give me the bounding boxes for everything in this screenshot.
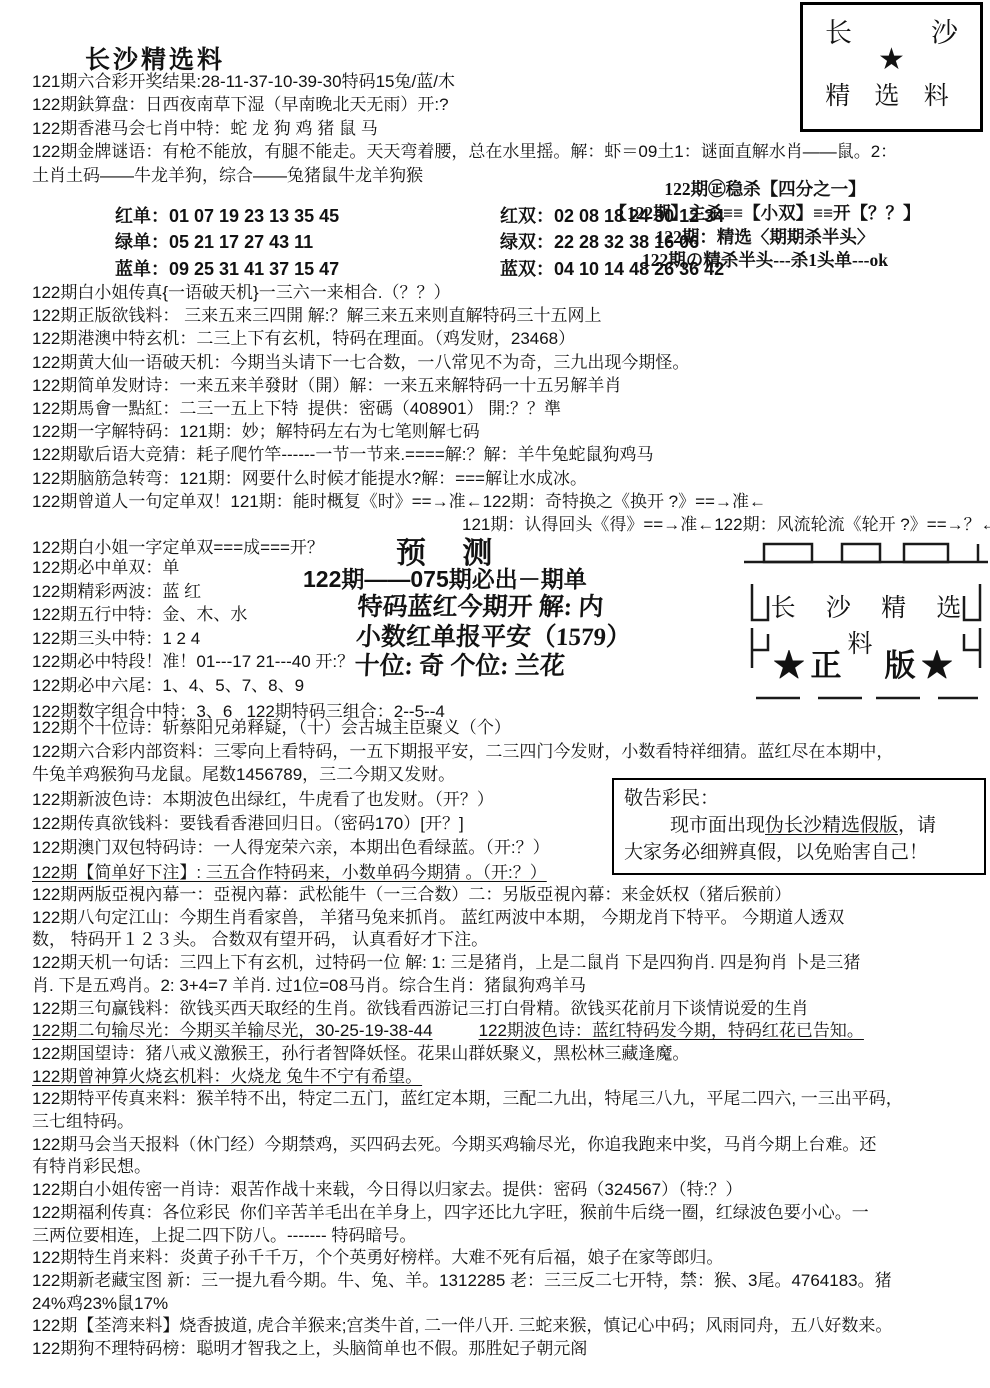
text-line: 24%鸡23%鼠17% [32, 1293, 984, 1316]
intro-lines: 121期六合彩开奖结果:28-11-37-10-39-30特码15兔/蓝/木12… [32, 70, 982, 187]
stamp-version: ★正 版★ [742, 640, 990, 685]
notice-box: 敬告彩民： 现市面出现伪长沙精选假版，请 大家务必细辨真假，以免贻害自己！ [612, 778, 986, 875]
text-segment: 绿双：22 28 32 38 16 06 [500, 229, 699, 255]
text-line: 121期六合彩开奖结果:28-11-37-10-39-30特码15兔/蓝/木 [32, 70, 982, 93]
text-line: 122期八句定江山：今期生肖看家兽， 羊猪马兔来抓肖。 蓝红两波中本期， 今期龙… [32, 907, 984, 930]
text-line: 122期脑筋急转弯：121期：网要什么时候才能提水?解：===解让水成冰。 [32, 467, 982, 490]
text-line: 122期歇后语大竞猜：耗子爬竹竿------一节一节来.====解:？解：羊牛兔… [32, 443, 982, 466]
text-line: 122期港澳中特玄机：二三上下有玄机，特码在理面。（鸡发财，23468） [32, 327, 982, 350]
text-segment: 122期二句输尽光：今期买羊输尽光，30-25-19-38-44 [32, 1021, 433, 1040]
notice-title: 敬告彩民： [624, 785, 974, 812]
text-line: 122期六合彩内部资料：三零向上看特码，一五下期报平安，二三四门今发财，小数看特… [32, 740, 982, 764]
stamp-box: 长 沙 精 选 料 ★正 版★ [742, 532, 990, 704]
color-table: 红单：01 07 19 23 13 35 45红双：02 08 18 24 30… [115, 203, 795, 282]
text-line: 122期必中六尾：1、4、5、7、8、9 [32, 674, 354, 698]
text-line: 122期鈇算盘：日西夜南草下湿（早南晚北天无雨）开:? [32, 93, 982, 116]
text-line: 122期马会当天报料（休门经）今期禁鸡，买四码去死。今期买鸡输尽光，你追我跑来中… [32, 1134, 984, 1157]
text-line: 122期天机一句话：三四上下有玄机，过特码一位 解: 1: 三是猪肖，上是二鼠肖… [32, 952, 984, 975]
text-line: 三两位要相连，上捉二四下防八。------- 特码暗号。 [32, 1225, 984, 1248]
text-line: 三七组特码。 [32, 1111, 984, 1134]
text-line: 122期精彩两波：蓝 红 [32, 580, 354, 604]
body-lines: 122期白小姐传真{一语破天机}一三六一来相合.（？？）122期正版欲钱料： 三… [32, 281, 982, 559]
notice-line-2: 大家务必细辨真假，以免贻害自己！ [624, 839, 974, 866]
text-line: 122期五行中特：金、木、水 [32, 603, 354, 627]
text-line: 122期㊣稳杀【四分之一】 [540, 178, 990, 202]
post-lines: 122期个十位诗：斩蔡阳兄弟释疑，（十）会古城主臣聚义（个）122期六合彩内部资… [32, 716, 982, 787]
text-line: 122期白小姐传真{一语破天机}一三六一来相合.（？？） [32, 281, 982, 304]
notice-line-1-underlined: 伪长沙精选假版 [765, 815, 898, 836]
text-line: 绿单：05 21 17 27 43 11绿双：22 28 32 38 16 06 [115, 229, 795, 255]
text-segment: 蓝单：09 25 31 41 37 15 47 [115, 259, 339, 279]
text-line: 122期新波色诗：本期波色出绿红，牛虎看了也发财。（开？） [32, 788, 612, 812]
text-line: 122期【简单好下注】: 三五合作特码来，小数单码今期猜 。（开:？） [32, 861, 612, 885]
text-line: 122期金牌谜语：有枪不能放，有腿不能走。天天弯着腰，总在水里摇。解：虾＝09土… [32, 140, 982, 163]
text-line: 122期传真欲钱料：要钱看香港回归日。（密码170）[开？] [32, 812, 612, 836]
text-line: 有特肖彩民想。 [32, 1156, 984, 1179]
text-line: 122期白小姐传密一肖诗：艰苦作战十来载，今日得以归家去。提供：密码（32456… [32, 1179, 984, 1202]
text-line: 122期特生肖来料：炎黄子孙千千万，个个英勇好榜样。大难不死有后福，娘子在家等郎… [32, 1247, 984, 1270]
text-segment: 蓝双：04 10 14 48 26 36 42 [500, 256, 724, 282]
text-line: 122期【荃湾来料】烧香披道, 虎合羊猴来;宫类牛首, 二一伴八开. 三蛇来猴，… [32, 1315, 984, 1338]
text-line: 122期三头中特：1 2 4 [32, 627, 354, 651]
left-lines: 122期新波色诗：本期波色出绿红，牛虎看了也发财。（开？）122期传真欲钱料：要… [32, 788, 612, 885]
text-line: 122期三句赢钱料：欲钱买西天取经的生肖。欲钱看西游记三打白骨精。欲钱买花前月下… [32, 998, 984, 1021]
text-line: 122期曾神算火烧玄机料：火烧龙 兔牛不宁有希望。 [32, 1066, 984, 1089]
text-line: 122期黄大仙一语破天机：今期当头请下一七合数，一八常见不为奇，三九出现今期怪。 [32, 351, 982, 374]
text-line: 122期香港马会七肖中特：蛇 龙 狗 鸡 猪 鼠 马 [32, 117, 982, 140]
text-line: 十位: 奇 个位: 兰花 [354, 652, 631, 682]
text-line: 122期澳门双包特码诗：一人得宠荣六亲，本期出色看绿蓝。（开:？） [32, 836, 612, 860]
page: 长沙精选料 长 沙 ★ 精 选 料 121期六合彩开奖结果:28-11-37-1… [0, 0, 990, 1388]
text-segment: 绿单：05 21 17 27 43 11 [115, 232, 313, 252]
handwritten-notes: 特码蓝红今期开 解: 内小数红单报平安（1579）十位: 奇 个位: 兰花 [354, 593, 634, 682]
mid-left-lines: 122期必中单双：单122期精彩两波：蓝 红122期五行中特：金、木、水122期… [32, 556, 354, 698]
text-line: 122期两版亞視內幕一：亞視內幕：武松能牛（一三合数）二：另版亞視內幕：来金妖权… [32, 884, 984, 907]
text-line: 122期馬會一點紅：二三一五上下特 提供：密碼（408901） 開:？？準 [32, 397, 982, 420]
text-line: 122期国望诗：猪八戒义激猴王，孙行者智降妖怪。花果山群妖聚义，黑松林三藏逢魔。 [32, 1043, 984, 1066]
text-line: 红单：01 07 19 23 13 35 45红双：02 08 18 24 30… [115, 203, 795, 229]
corner-brand-char-left: 长 [825, 11, 852, 50]
notice-line-1-post: ，请 [898, 815, 936, 836]
text-line: 122期必中单双：单 [32, 556, 354, 580]
text-line: 122期二句输尽光：今期买羊输尽光，30-25-19-38-44122期波色诗：… [32, 1020, 984, 1043]
text-line: 122期简单发财诗：一来五来羊發財（開）解：一来五来解特码一十五另解羊肖 [32, 374, 982, 397]
notice-line-1: 现市面出现伪长沙精选假版，请 [624, 812, 974, 839]
text-line: 数， 特码开１２３头。 合数双有望开码， 认真看好才下注。 [32, 929, 984, 952]
text-line: 蓝单：09 25 31 41 37 15 47蓝双：04 10 14 48 26… [115, 256, 795, 282]
notice-line-1-pre: 现市面出现 [670, 815, 765, 836]
text-segment: 122期波色诗：蓝红特码发今期，特码红花已告知。 [479, 1021, 864, 1040]
text-line: 肖. 下是五鸡肖。2: 3+4=7 羊肖. 过1位=08马肖。综合生肖：猪鼠狗鸡… [32, 975, 984, 998]
text-line: 122期新老藏宝图 新：三一提九看今期。牛、兔、羊。1312285 老：三三反二… [32, 1270, 984, 1293]
text-line: 小数红单报平安（1579） [355, 623, 632, 653]
text-line: 122期必中特段！准！01---17 21---40 开:？ [32, 650, 354, 674]
text-segment: 红双：02 08 18 24 30 12 34 [500, 203, 724, 229]
text-line: 122期曾道人一句定单双！121期：能时概复《时》==→准←122期：奇特换之《… [32, 490, 982, 513]
text-line: 122期特平传真来料：猴羊特不出，特定二五门，蓝红定本期，三配二九出，特尾三八九… [32, 1088, 984, 1111]
text-line: 122期正版欲钱料： 三来五来三四開 解:？解三来五来则直解特码三十五网上 [32, 304, 982, 327]
text-line: 122期一字解特码：121期：妙；解特码左右为七笔则解七码 [32, 420, 982, 443]
text-line: 122期福利传真：各位彩民 你们辛苦羊毛出在羊身上，四字还比九字旺，猴前牛后绕一… [32, 1202, 984, 1225]
bottom-lines: 122期两版亞視內幕一：亞視內幕：武松能牛（一三合数）二：另版亞視內幕：来金妖权… [32, 884, 984, 1361]
corner-brand-char-right: 沙 [931, 11, 958, 50]
text-line: 122期狗不理特码榜：聪明才智我之上，头脑简单也不假。那胜妃子朝元阁 [32, 1338, 984, 1361]
text-segment: 红单：01 07 19 23 13 35 45 [115, 206, 339, 226]
text-line: 122期个十位诗：斩蔡阳兄弟释疑，（十）会古城主臣聚义（个） [32, 716, 982, 740]
text-line: 特码蓝红今期开 解: 内 [357, 593, 634, 623]
